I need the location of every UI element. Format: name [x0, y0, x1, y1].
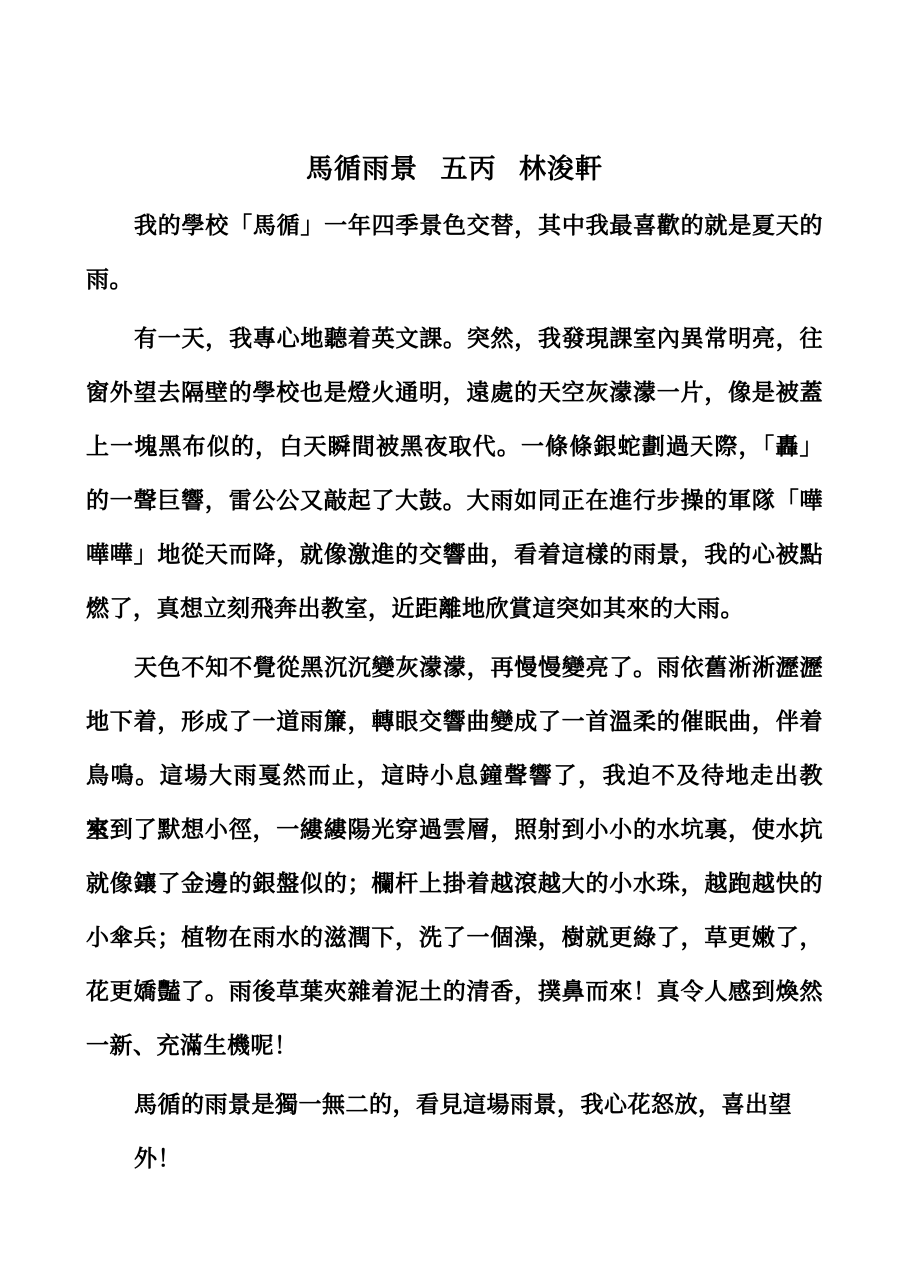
- text-line: 燃了，真想立刻飛奔出教室，近距離地欣賞這突如其來的大雨。: [86, 581, 823, 635]
- essay-body: 我的學校「馬循」一年四季景色交替，其中我最喜歡的就是夏天的雨。有一天，我專心地聽…: [86, 198, 823, 1131]
- text-line: 天色不知不覺從黑沉沉變灰濛濛，再慢慢變亮了。雨依舊淅淅瀝瀝: [86, 640, 823, 694]
- essay-title: 馬循雨景: [306, 154, 418, 184]
- paragraph: 馬循的雨景是獨一無二的，看見這場雨景，我心花怒放，喜出望外！: [86, 1077, 823, 1131]
- text-line: 雨。: [86, 252, 823, 306]
- text-line: 地下着，形成了一道雨簾，轉眼交響曲變成了一首溫柔的催眠曲，伴着: [86, 694, 823, 748]
- text-line: 小傘兵；植物在雨水的滋潤下，洗了一個澡，樹就更綠了，草更嫩了，: [86, 910, 823, 964]
- text-line: 我的學校「馬循」一年四季景色交替，其中我最喜歡的就是夏天的: [86, 198, 823, 252]
- text-line: 花更嬌豔了。雨後草葉夾雜着泥土的清香，撲鼻而來！真令人感到煥然: [86, 964, 823, 1018]
- document-page: 馬循雨景 五丙 林浚軒 我的學校「馬循」一年四季景色交替，其中我最喜歡的就是夏天…: [0, 0, 905, 1280]
- paragraph: 有一天，我專心地聽着英文課。突然，我發現課室內異常明亮，往窗外望去隔壁的學校也是…: [86, 311, 823, 635]
- paragraph: 天色不知不覺從黑沉沉變灰濛濛，再慢慢變亮了。雨依舊淅淅瀝瀝地下着，形成了一道雨簾…: [86, 640, 823, 1072]
- class-name: 五丙: [441, 154, 497, 184]
- text-line: 嘩嘩」地從天而降，就像激進的交響曲，看着這樣的雨景，我的心被點: [86, 527, 823, 581]
- text-line: 一新、充滿生機呢！: [86, 1018, 823, 1072]
- text-line: 就像鑲了金邊的銀盤似的；欄杆上掛着越滾越大的小水珠，越跑越快的: [86, 856, 823, 910]
- essay-heading: 馬循雨景 五丙 林浚軒: [86, 140, 823, 198]
- text-line: 上一塊黑布似的，白天瞬間被黑夜取代。一條條銀蛇劃過天際，「轟」: [86, 419, 823, 473]
- text-line: 有一天，我專心地聽着英文課。突然，我發現課室內異常明亮，往: [86, 311, 823, 365]
- author-name: 林浚軒: [519, 154, 603, 184]
- paragraph: 我的學校「馬循」一年四季景色交替，其中我最喜歡的就是夏天的雨。: [86, 198, 823, 306]
- text-line: 馬循的雨景是獨一無二的，看見這場雨景，我心花怒放，喜出望外！: [86, 1077, 823, 1131]
- text-line: 窗外望去隔壁的學校也是燈火通明，遠處的天空灰濛濛一片，像是被蓋: [86, 365, 823, 419]
- text-line: 鳥鳴。這場大雨戛然而止，這時小息鐘聲響了，我迫不及待地走出教室，: [86, 748, 823, 802]
- text-line: 的一聲巨響，雷公公又敲起了大鼓。大雨如同正在進行步操的軍隊「嘩: [86, 473, 823, 527]
- text-line: 來到了默想小徑，一縷縷陽光穿過雲層，照射到小小的水坑裏，使水坑: [86, 802, 823, 856]
